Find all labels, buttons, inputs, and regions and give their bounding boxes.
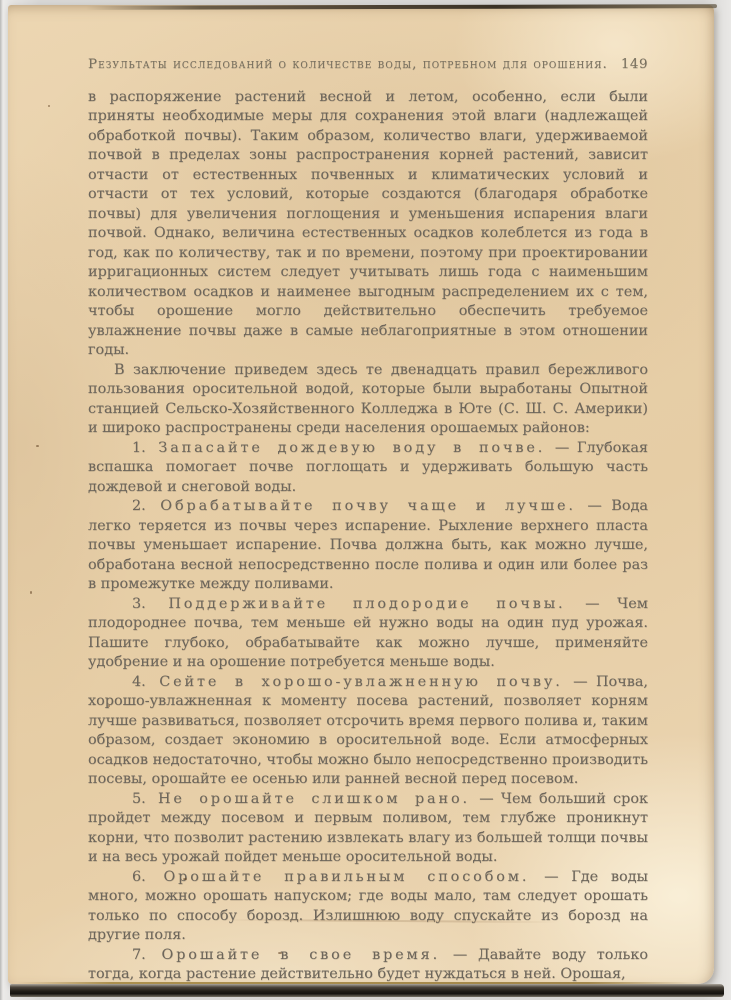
paragraph-continuation: в распоряжение растений весной и летом, …	[88, 88, 648, 361]
rule-title: Обрабатывайте почву чаще и лучше.	[160, 498, 576, 514]
paper-speck	[278, 952, 282, 954]
rule-item-1: 1. Запасайте дождевую воду в почве. — Гл…	[88, 439, 648, 498]
rule-number: 5.	[132, 791, 146, 807]
paper-speck	[183, 878, 187, 880]
rule-body: — Почва, хорошо-увлажненная к моменту по…	[88, 674, 648, 788]
scanned-book-page: Результаты исследований о количестве вод…	[0, 0, 731, 1000]
rule-number: 1.	[132, 440, 146, 456]
rule-item-6: 6. Орошайте правильным способом. — Где в…	[88, 868, 648, 946]
paper-speck	[30, 591, 32, 594]
rule-title: Орошайте правильным способом.	[164, 869, 530, 885]
rule-item-5: 5. Не орошайте слишком рано. — Чем больш…	[88, 790, 648, 868]
rule-item-2: 2. Обрабатывайте почву чаще и лучше. — В…	[88, 497, 648, 595]
page-top-edge-shadow	[86, 4, 717, 10]
running-header: Результаты исследований о количестве вод…	[88, 55, 648, 75]
rule-title: Поддерживайте плодородие почвы.	[168, 596, 565, 612]
paper-speck	[108, 705, 110, 707]
rule-title: Орошайте в свое время.	[162, 947, 441, 963]
paper-speck	[48, 105, 50, 107]
rule-item-7: 7. Орошайте в свое время. — Давайте воду…	[88, 946, 648, 985]
scan-bottom-dark-bar	[10, 984, 724, 997]
paper-sheet: Результаты исследований о количестве вод…	[8, 5, 714, 984]
rule-number: 7.	[132, 947, 146, 963]
rule-number: 2.	[132, 498, 146, 514]
rule-number: 6.	[132, 869, 146, 885]
rule-title: Не орошайте слишком рано.	[158, 791, 470, 807]
running-title: Результаты исследований о количестве вод…	[88, 55, 608, 75]
page-content: Результаты исследований о количестве вод…	[88, 55, 648, 985]
rule-item-3: 3. Поддерживайте плодородие почвы. — Чем…	[88, 595, 648, 673]
rule-number: 3.	[132, 596, 146, 612]
paragraph-intro-rules: В заключение приведем здесь те двенадцат…	[88, 361, 648, 439]
paper-speck	[36, 445, 39, 447]
paper-speck	[588, 135, 590, 137]
rule-title: Запасайте дождевую воду в почве.	[158, 440, 545, 456]
rule-item-4: 4. Сейте в хорошо-увлажненную почву. — П…	[88, 673, 648, 790]
page-number: 149	[621, 55, 648, 75]
rule-number: 4.	[132, 674, 146, 690]
rule-title: Сейте в хорошо-увлажненную почву.	[159, 674, 562, 690]
